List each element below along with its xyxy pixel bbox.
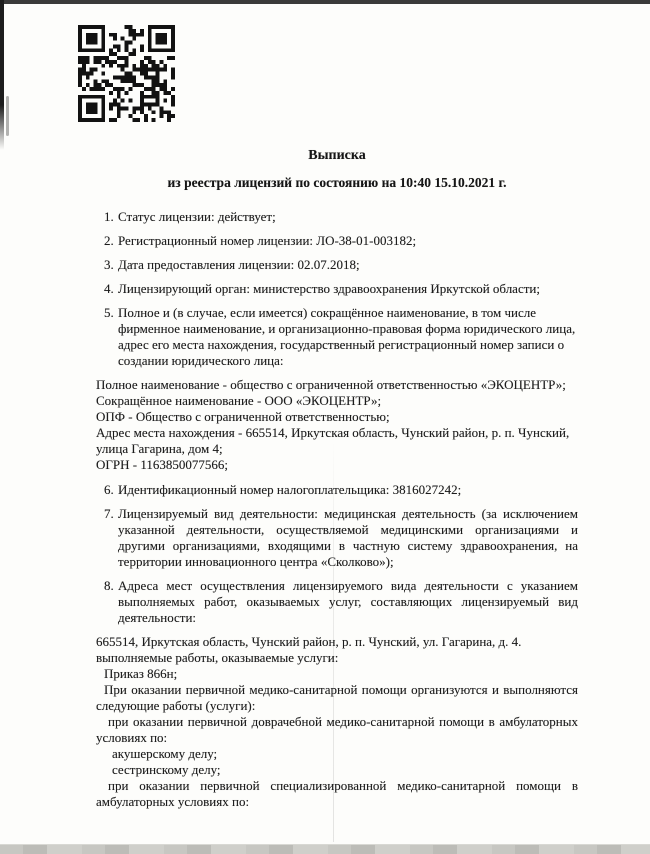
specialized-care-line: при оказании первичной специализированно… (96, 778, 578, 810)
document-body: Выписка из реестра лицензий по состоянию… (96, 122, 578, 810)
item-text: Лицензирующий орган: министерство здраво… (118, 281, 540, 296)
item-number: 3. (104, 257, 118, 273)
list-item-reg-number: 2.Регистрационный номер лицензии: ЛО-38-… (104, 233, 578, 249)
scanned-document-page: Выписка из реестра лицензий по состоянию… (0, 0, 650, 854)
services-block: 665514, Иркутская область, Чунский район… (96, 634, 578, 810)
org-address: Адрес места нахождения - 665514, Иркутск… (96, 425, 578, 457)
item-number: 8. (104, 578, 118, 594)
org-ogrn: ОГРН - 1163850077566; (96, 457, 578, 473)
org-short-name: Сокращённое наименование - ООО «ЭКОЦЕНТР… (96, 393, 578, 409)
item-number: 7. (104, 506, 118, 522)
list-item-inn: 6.Идентификационный номер налогоплательщ… (104, 482, 578, 498)
scan-edge-left (0, 0, 4, 150)
scan-smudge (6, 96, 9, 136)
item-text: Адреса мест осуществления лицензируемого… (118, 578, 578, 625)
item-number: 1. (104, 209, 118, 225)
list-item-activity-type: 7.Лицензируемый вид деятельности: медици… (104, 506, 578, 570)
item-text: Регистрационный номер лицензии: ЛО-38-01… (118, 233, 416, 248)
activity-address: 665514, Иркутская область, Чунский район… (96, 634, 578, 650)
item-text: Дата предоставления лицензии: 02.07.2018… (118, 257, 360, 272)
numbered-items-continued: 6.Идентификационный номер налогоплательщ… (96, 482, 578, 626)
document-subtitle: из реестра лицензий по состоянию на 10:4… (96, 175, 578, 191)
org-full-name: Полное наименование - общество с огранич… (96, 377, 578, 393)
item-text: Лицензируемый вид деятельности: медицинс… (118, 506, 578, 569)
numbered-items: 1.Статус лицензии: действует; 2.Регистра… (96, 209, 578, 369)
item-number: 6. (104, 482, 118, 498)
item-number: 4. (104, 281, 118, 297)
org-details-block: Полное наименование - общество с огранич… (96, 377, 578, 473)
item-number: 5. (104, 305, 118, 321)
order-reference: Приказ 866н; (96, 666, 578, 682)
service-obstetrics: акушерскому делу; (96, 746, 578, 762)
pre-medical-care-line: при оказании первичной доврачебной медик… (96, 714, 578, 746)
primary-care-intro: При оказании первичной медико-санитарной… (96, 682, 578, 714)
service-nursing: сестринскому делу; (96, 762, 578, 778)
list-item-grant-date: 3.Дата предоставления лицензии: 02.07.20… (104, 257, 578, 273)
scan-edge-bottom (0, 844, 650, 854)
item-number: 2. (104, 233, 118, 249)
document-title: Выписка (96, 148, 578, 164)
works-intro: выполняемые работы, оказываемые услуги: (96, 650, 578, 666)
list-item-org-name-heading: 5.Полное и (в случае, если имеется) сокр… (104, 305, 578, 369)
item-text: Статус лицензии: действует; (118, 209, 276, 224)
org-legal-form: ОПФ - Общество с ограниченной ответствен… (96, 409, 578, 425)
item-text: Идентификационный номер налогоплательщик… (118, 482, 461, 497)
list-item-status: 1.Статус лицензии: действует; (104, 209, 578, 225)
list-item-activity-addresses: 8.Адреса мест осуществления лицензируемо… (104, 578, 578, 626)
item-text: Полное и (в случае, если имеется) сокращ… (118, 305, 575, 368)
qr-code-icon (78, 25, 175, 122)
scan-edge-top (0, 0, 650, 4)
list-item-authority: 4.Лицензирующий орган: министерство здра… (104, 281, 578, 297)
